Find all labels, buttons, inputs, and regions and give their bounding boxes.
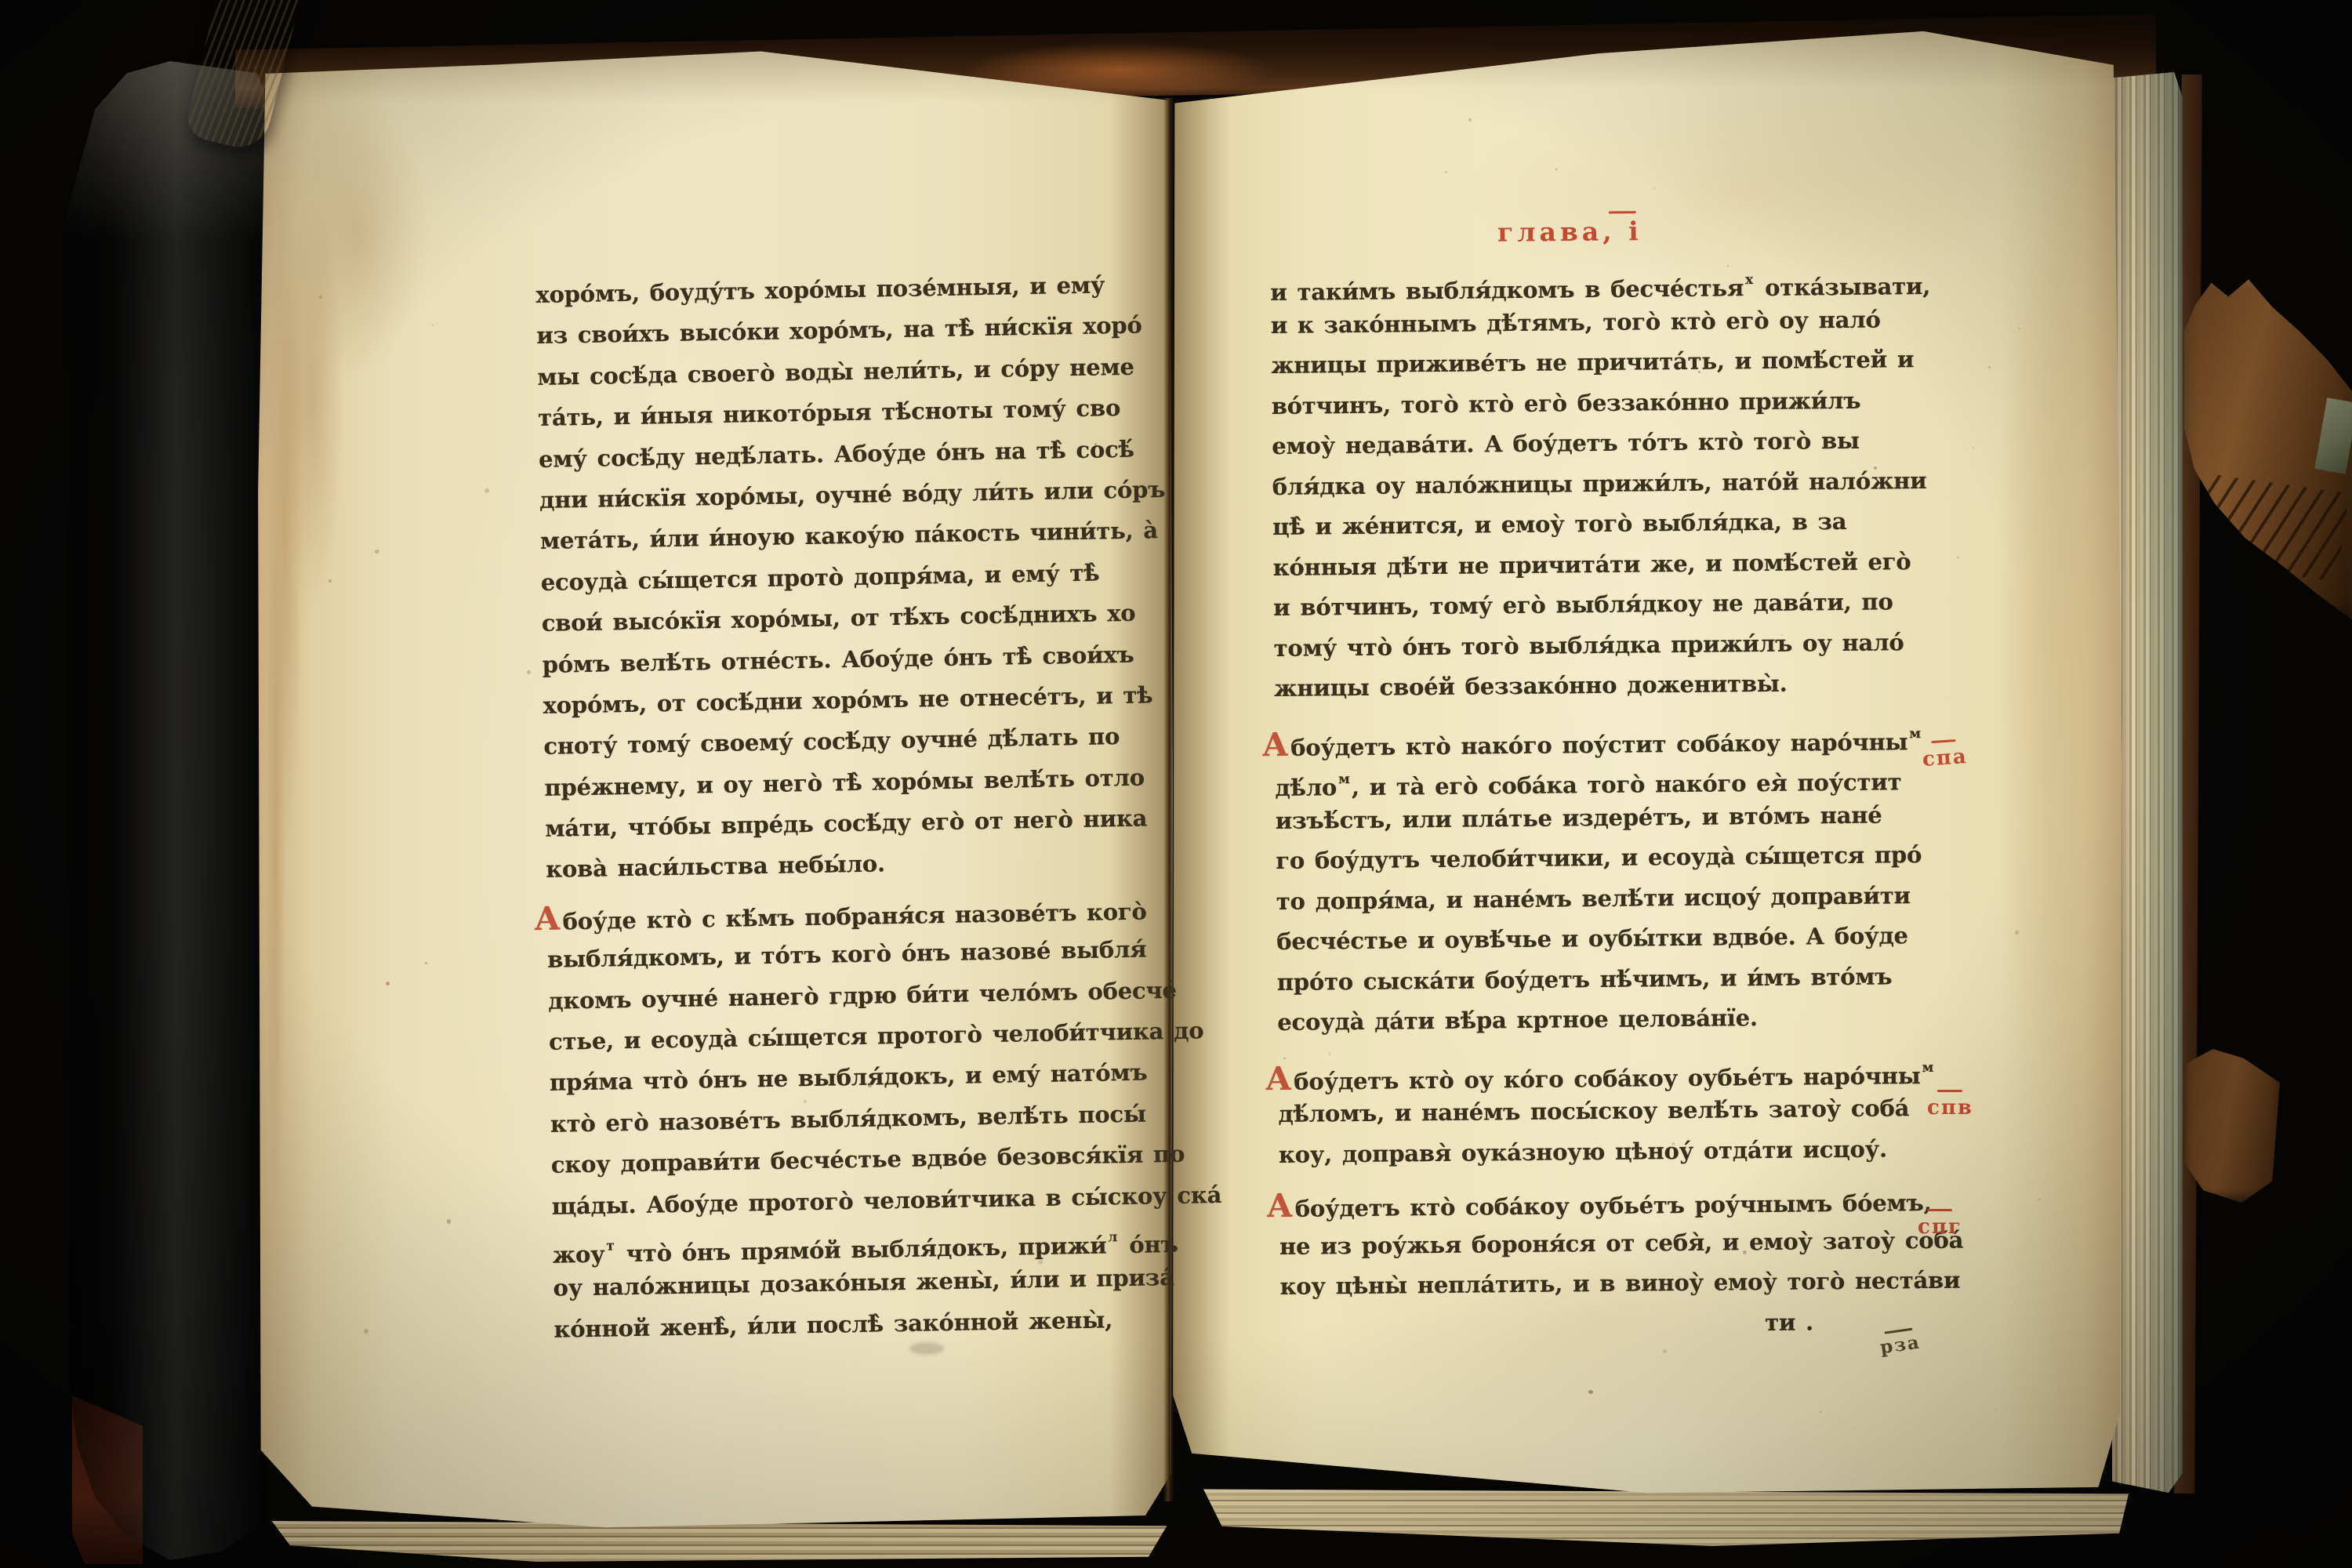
text-line: изъѣ́стъ, или пла́тье издере́тъ, и вто́м…: [1276, 795, 1903, 841]
paper-speck: [863, 617, 867, 621]
text-line: не из роу́жья бороня́ся от себя̀, и емоу…: [1279, 1221, 1907, 1267]
paper-speck: [2015, 931, 2018, 934]
chapter-heading: глава , і: [1497, 216, 1642, 248]
text-line: про́то сыска́ти боу́детъ нѣ́чимъ, и и́мъ…: [1277, 956, 1904, 1003]
paper-speck: [1468, 118, 1472, 122]
paper-speck: [1038, 1260, 1042, 1264]
paper-speck: [1874, 466, 1877, 470]
text-line: дѣ́лом, и та̀ его̀ соба́ка того̀ нако́го…: [1275, 754, 1902, 800]
paper-speck: [2038, 1199, 2040, 1200]
paper-speck: [386, 982, 390, 985]
page-edges-right-stack: [2112, 72, 2183, 1493]
text-line: емоу̀ недава́ти. А боу́детъ то́тъ кто̀ т…: [1272, 420, 1899, 466]
chapter-number: , і: [1602, 216, 1642, 246]
paper-speck: [1743, 1250, 1747, 1254]
paper-speck: [319, 296, 321, 298]
text-line: тому́ что̀ о́нъ того̀ выбля́дка прижи́лъ…: [1273, 622, 1900, 669]
text-line: жницы свое́й беззако́нно доженитвы̀.: [1274, 662, 1901, 709]
right-page-text: и таки́мъ выбля́дкомъ в бесче́стьях отка…: [1270, 259, 1907, 1348]
text-line: есоуда̀ да́ти вѣ́ра кртное целова́нїе.: [1277, 996, 1904, 1043]
text-line: и к зако́ннымъ дѣ́тямъ, того̀ кто̀ его̀ …: [1270, 299, 1897, 346]
red-initial-letter: А: [1266, 1187, 1293, 1225]
paper-speck: [1445, 171, 1447, 173]
paper-speck: [328, 579, 332, 583]
book-photo: глава , і хоро́мъ, боуду́тъ хоро́мы позе…: [0, 0, 2352, 1568]
paper-speck: [447, 1219, 452, 1224]
leather-strap-lower: [2184, 1049, 2280, 1203]
text-line: то допря́ма, и нане́мъ велѣ́ти исцоу́ до…: [1276, 876, 1904, 922]
paper-speck: [1671, 1142, 1675, 1146]
strap-stitches: [2192, 474, 2349, 583]
superscript-letter: м: [1922, 1059, 1934, 1075]
text-line: ти .: [1280, 1301, 1907, 1348]
text-line: цѣ̀ и же́нится, и емоу̀ того̀ выбля́дка,…: [1272, 501, 1900, 547]
superscript-letter: м: [1909, 726, 1921, 742]
paper-speck: [1698, 371, 1700, 373]
leather-strap-upper: [2184, 276, 2352, 621]
text-line: Абоу́детъ кто̀ оу ко́го соба́коу оубье́т…: [1278, 1048, 1905, 1094]
paper-speck: [527, 670, 531, 674]
superscript-letter: х: [1745, 272, 1753, 288]
paper-speck: [1929, 1283, 1931, 1285]
margin-article-number-281: спа: [1922, 745, 1969, 771]
paper-speck: [1430, 1017, 1432, 1019]
text-line: коу цѣны̀ непла́тить, и в виноу̀ емоу̀ т…: [1279, 1261, 1907, 1307]
text-line: дѣ́ломъ, и нане́мъ посы́скоу велѣ́ть зат…: [1278, 1088, 1905, 1134]
text-line: Абоу́детъ кто̀ нако́го поу́стит соба́коу…: [1275, 714, 1902, 760]
page-edges-left-stack: [67, 61, 265, 1560]
text-line: жницы приживе́тъ не причита́ть, и помѣ́с…: [1271, 339, 1898, 386]
paper-speck: [1957, 557, 1959, 559]
paper-speck: [553, 662, 555, 665]
text-line: Абоу́детъ кто̀ соба́коу оубье́тъ роу́чны…: [1279, 1180, 1906, 1226]
red-initial-letter: А: [534, 899, 561, 938]
text-line: го боу́дутъ челоби́тчики, и есоуда̀ сы́щ…: [1276, 835, 1903, 881]
ink-smudge: [909, 1342, 944, 1355]
text-line: и во́тчинъ, тому́ его̀ выбля́дкоу не дав…: [1273, 582, 1900, 628]
paper-speck: [432, 325, 434, 326]
text-line: бесче́стье и оувѣ́чье и оубы́тки вдво́е.…: [1276, 916, 1904, 962]
text-line: и таки́мъ выбля́дкомъ в бесче́стьях отка…: [1270, 259, 1897, 305]
red-initial-letter: А: [1265, 1059, 1292, 1097]
left-page-text: хоро́мъ, боуду́тъ хоро́мы позе́мныя, и е…: [535, 263, 1181, 1350]
text-line: во́тчинъ, того̀ кто̀ его̀ беззако́нно пр…: [1271, 380, 1898, 426]
margin-article-number-283: спг: [1918, 1215, 1962, 1239]
red-initial-letter: А: [1262, 725, 1289, 763]
chapter-word: глава: [1497, 216, 1603, 248]
margin-article-number-282: спв: [1927, 1096, 1973, 1120]
paper-speck: [1653, 187, 1655, 189]
strap-clasp: [2314, 398, 2352, 475]
paper-speck: [485, 488, 489, 493]
paper-speck: [1820, 1411, 1821, 1413]
paper-speck: [2019, 328, 2020, 329]
superscript-letter: л: [1108, 1229, 1117, 1245]
paper-speck: [364, 1329, 368, 1334]
text-line: ко́нныя дѣ́ти не причита́ти же, и помѣ́с…: [1272, 542, 1900, 588]
text-line: бля́дка оу нало́жницы прижи́лъ, нато́й н…: [1272, 461, 1899, 507]
page-edges-bottom-left: [263, 1521, 1176, 1562]
paper-speck: [425, 962, 426, 964]
page-edges-bottom-right: [1203, 1488, 2129, 1546]
paper-speck: [1329, 1053, 1330, 1054]
superscript-letter: м: [1338, 771, 1350, 787]
paper-speck: [1588, 1390, 1592, 1394]
text-line: коу, доправя̀ оука́зноую цѣноу́ отда́ти …: [1279, 1129, 1906, 1175]
paper-speck: [1094, 443, 1098, 446]
paper-speck: [868, 1083, 872, 1087]
superscript-letter: т: [606, 1238, 615, 1254]
